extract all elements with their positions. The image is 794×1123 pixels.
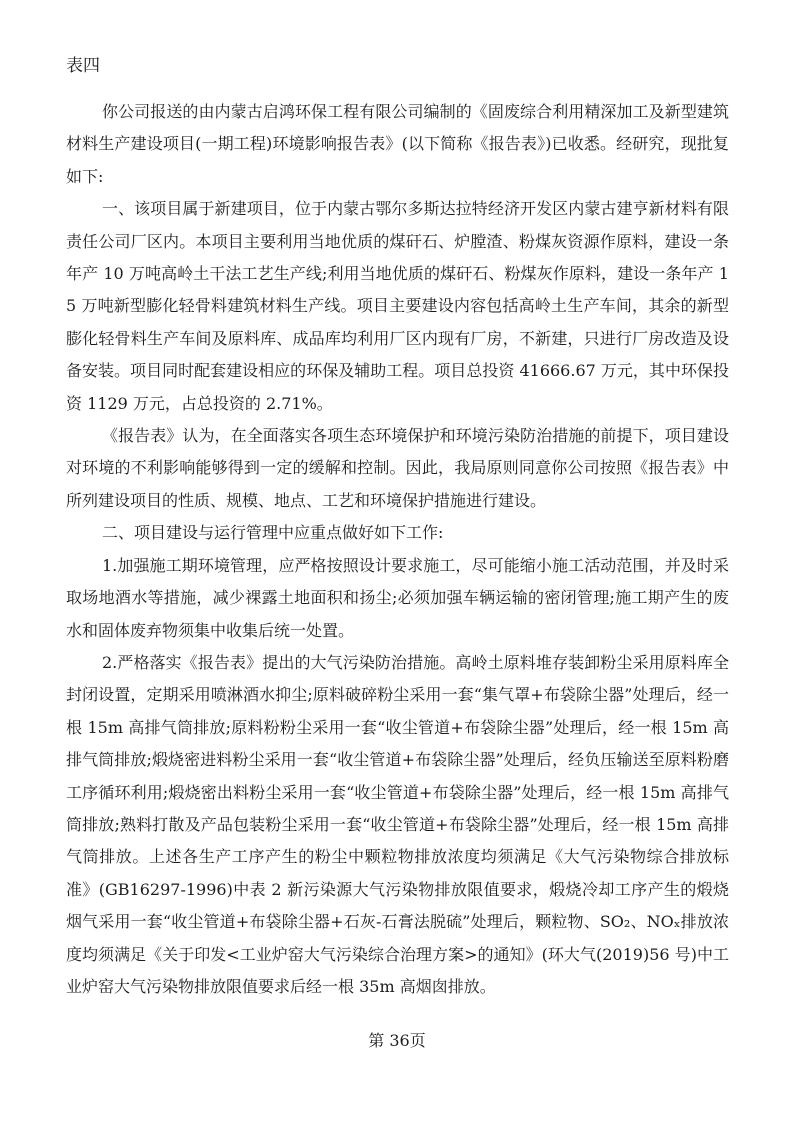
paragraph: 你公司报送的由内蒙古启鸿环保工程有限公司编制的《固废综合利用精深加工及新型建筑材… (66, 96, 729, 193)
page-title: 表四 (66, 53, 100, 79)
paragraph: 二、项目建设与运行管理中应重点做好如下工作: (66, 517, 729, 549)
document-body: 你公司报送的由内蒙古启鸿环保工程有限公司编制的《固废综合利用精深加工及新型建筑材… (66, 96, 729, 1003)
paragraph: 一、该项目属于新建项目，位于内蒙古鄂尔多斯达拉特经济开发区内蒙古建亨新材料有限责… (66, 193, 729, 420)
paragraph: 《报告表》认为，在全面落实各项生态环境保护和环境污染防治措施的前提下，项目建设对… (66, 420, 729, 517)
page-number: 第 36页 (0, 1028, 794, 1051)
document-page: 表四 你公司报送的由内蒙古启鸿环保工程有限公司编制的《固废综合利用精深加工及新型… (0, 0, 794, 1123)
paragraph: 2.严格落实《报告表》提出的大气污染防治措施。高岭土原料堆存装卸粉尘采用原料库全… (66, 647, 729, 1003)
paragraph: 1.加强施工期环境管理，应严格按照设计要求施工，尽可能缩小施工活动范围，并及时采… (66, 550, 729, 647)
